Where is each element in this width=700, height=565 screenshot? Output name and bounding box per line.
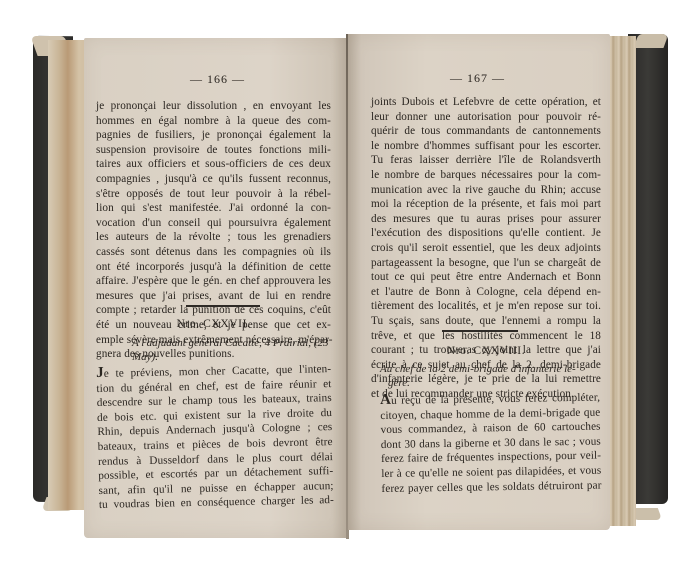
address-line: A l'adjudant général Cacatte, 4 Prairial… [132, 336, 332, 350]
text-line: Tu feras laisser derrière l'île de Rolan… [371, 153, 601, 168]
text-line: tout ce qui peut être entre Andernach et… [371, 270, 601, 285]
address-line: gère. [380, 376, 600, 390]
text-line: moi la réception de la présente, et fais… [371, 197, 601, 212]
text-line: hommes en égal nombre à la queue des com… [96, 114, 331, 129]
section-divider-right [442, 330, 518, 332]
text-line: compagnies , jusqu'à ce qu'ils fussent r… [96, 172, 331, 187]
section-heading-cxxviii: Nro. CXXVIII. [371, 345, 601, 357]
letter-address-right: Au chef de la 2 demi-brigade d'infanteri… [380, 362, 600, 390]
drop-cap: A [380, 392, 391, 408]
section-divider-left [186, 305, 260, 307]
text-line: munication avec la rive gauche du Rhin; … [371, 183, 601, 198]
text-line: partageassent la besogne, que l'un se ch… [371, 256, 601, 271]
text-line: les auteurs de la révolte ; tous les gre… [96, 230, 331, 245]
right-paragraph-2: Au reçu de la présente, vous ferez compl… [380, 390, 602, 497]
text-line: l'exécution des dispositions qu'elle con… [371, 226, 601, 241]
letter-address-left: A l'adjudant général Cacatte, 4 Prairial… [132, 336, 332, 364]
text-line: vocation d'un conseil qui poursuivra éga… [96, 216, 331, 231]
page-number-left: — 166 — [190, 72, 245, 87]
open-book: — 166 — je prononçai leur dissolution , … [0, 0, 700, 565]
text-line: je prononçai leur dissolution , en envoy… [96, 99, 331, 114]
text-line: s'être opposés de tout leur pouvoir à la… [96, 187, 331, 202]
text-line: quérir de tous commandants de cantonneme… [371, 124, 601, 139]
headcap-right [633, 34, 668, 48]
text-line: joints Dubois et Lefebvre de cette opéra… [371, 95, 601, 110]
text-line: et l'autre de Bonn à Cologne, cela dépen… [371, 285, 601, 300]
text-line: Tu sçais, sans doute, que l'ennemi a rom… [371, 314, 601, 329]
text-line: taires aux officiers et sous-officiers d… [96, 157, 331, 172]
text-line: le nombre de barques nécessaires pour la… [371, 168, 601, 183]
left-paragraph-2: Je te préviens, mon cher Cacatte, que l'… [96, 361, 334, 513]
page-number-right: — 167 — [450, 71, 505, 86]
text-line: lion qui s'est manifestée. J'ai ordonné … [96, 201, 331, 216]
text-line: des mesures que tu auras prises pour ass… [371, 212, 601, 227]
text-line: affaire. J'espère que le gén. en chef ap… [96, 274, 331, 289]
text-line: cassés sont détenus dans les compagnies … [96, 245, 331, 260]
text-line: leur donner une autorisation pour pouvoi… [371, 110, 601, 125]
text-line: tièrement des localités, et je m'en repo… [371, 299, 601, 314]
section-heading-cxxvii: Nro. CXXVII. [96, 318, 331, 330]
text-line: suspension provisoire de toutes fonction… [96, 143, 331, 158]
text-line: ont été incorporés jusqu'à la définition… [96, 260, 331, 275]
text-line: crois qu'il seroit essentiel, que les de… [371, 241, 601, 256]
text-line: mesures que j'ai prises, avant de lui en… [96, 289, 331, 304]
text-line: pagnies de fusiliers, je prononçai égale… [96, 128, 331, 143]
text-line: le nombre d'hommes suffisant pour les es… [371, 139, 601, 154]
address-line: Au chef de la 2 demi-brigade d'infanteri… [380, 362, 600, 376]
